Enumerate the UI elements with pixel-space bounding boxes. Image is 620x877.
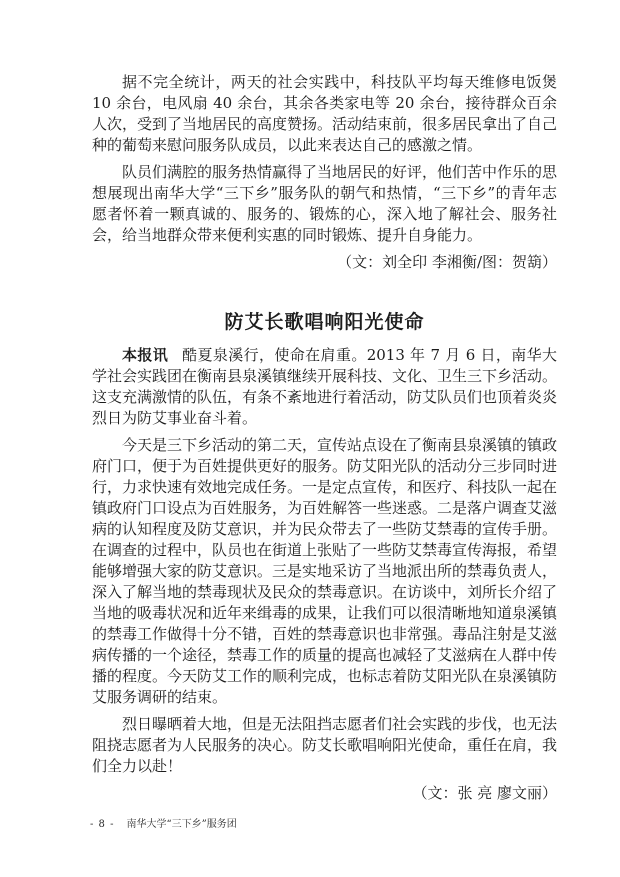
paragraph: 队员们满腔的服务热情赢得了当地居民的好评，他们苦中作乐的思想展现出南华大学“三下…: [92, 162, 557, 246]
article-title: 防艾长歌唱响阳光使命: [92, 309, 557, 335]
page-number: - 8 -: [90, 819, 114, 831]
lead-paragraph: 本报讯酷夏泉溪行，使命在肩重。2013 年 7 月 6 日，南华大学社会实践团在…: [92, 345, 557, 429]
article-aids-prevention: 防艾长歌唱响阳光使命 本报讯酷夏泉溪行，使命在肩重。2013 年 7 月 6 日…: [92, 309, 557, 804]
lead-label: 本报讯: [122, 346, 168, 364]
page-footer: - 8 - 南华大学“三下乡”服务团: [90, 819, 237, 831]
byline: （文：刘全印 李湘衡/图：贺箶）: [92, 252, 557, 273]
page-content: 据不完全统计，两天的社会实践中，科技队平均每天维修电饭煲 10 余台，电风扇 4…: [92, 72, 557, 804]
document-page: 据不完全统计，两天的社会实践中，科技队平均每天维修电饭煲 10 余台，电风扇 4…: [0, 0, 620, 877]
footer-team-name: 南华大学“三下乡”服务团: [126, 819, 236, 831]
paragraph: 据不完全统计，两天的社会实践中，科技队平均每天维修电饭煲 10 余台，电风扇 4…: [92, 72, 557, 156]
paragraph: 今天是三下乡活动的第二天，宣传站点设在了衡南县泉溪镇的镇政府门口，便于为百姓提供…: [92, 435, 557, 708]
byline: （文：张 亮 廖文丽）: [92, 783, 557, 804]
article-tech-team: 据不完全统计，两天的社会实践中，科技队平均每天维修电饭煲 10 余台，电风扇 4…: [92, 72, 557, 273]
paragraph: 烈日曝晒着大地，但是无法阻挡志愿者们社会实践的步伐，也无法阻挠志愿者为人民服务的…: [92, 714, 557, 777]
